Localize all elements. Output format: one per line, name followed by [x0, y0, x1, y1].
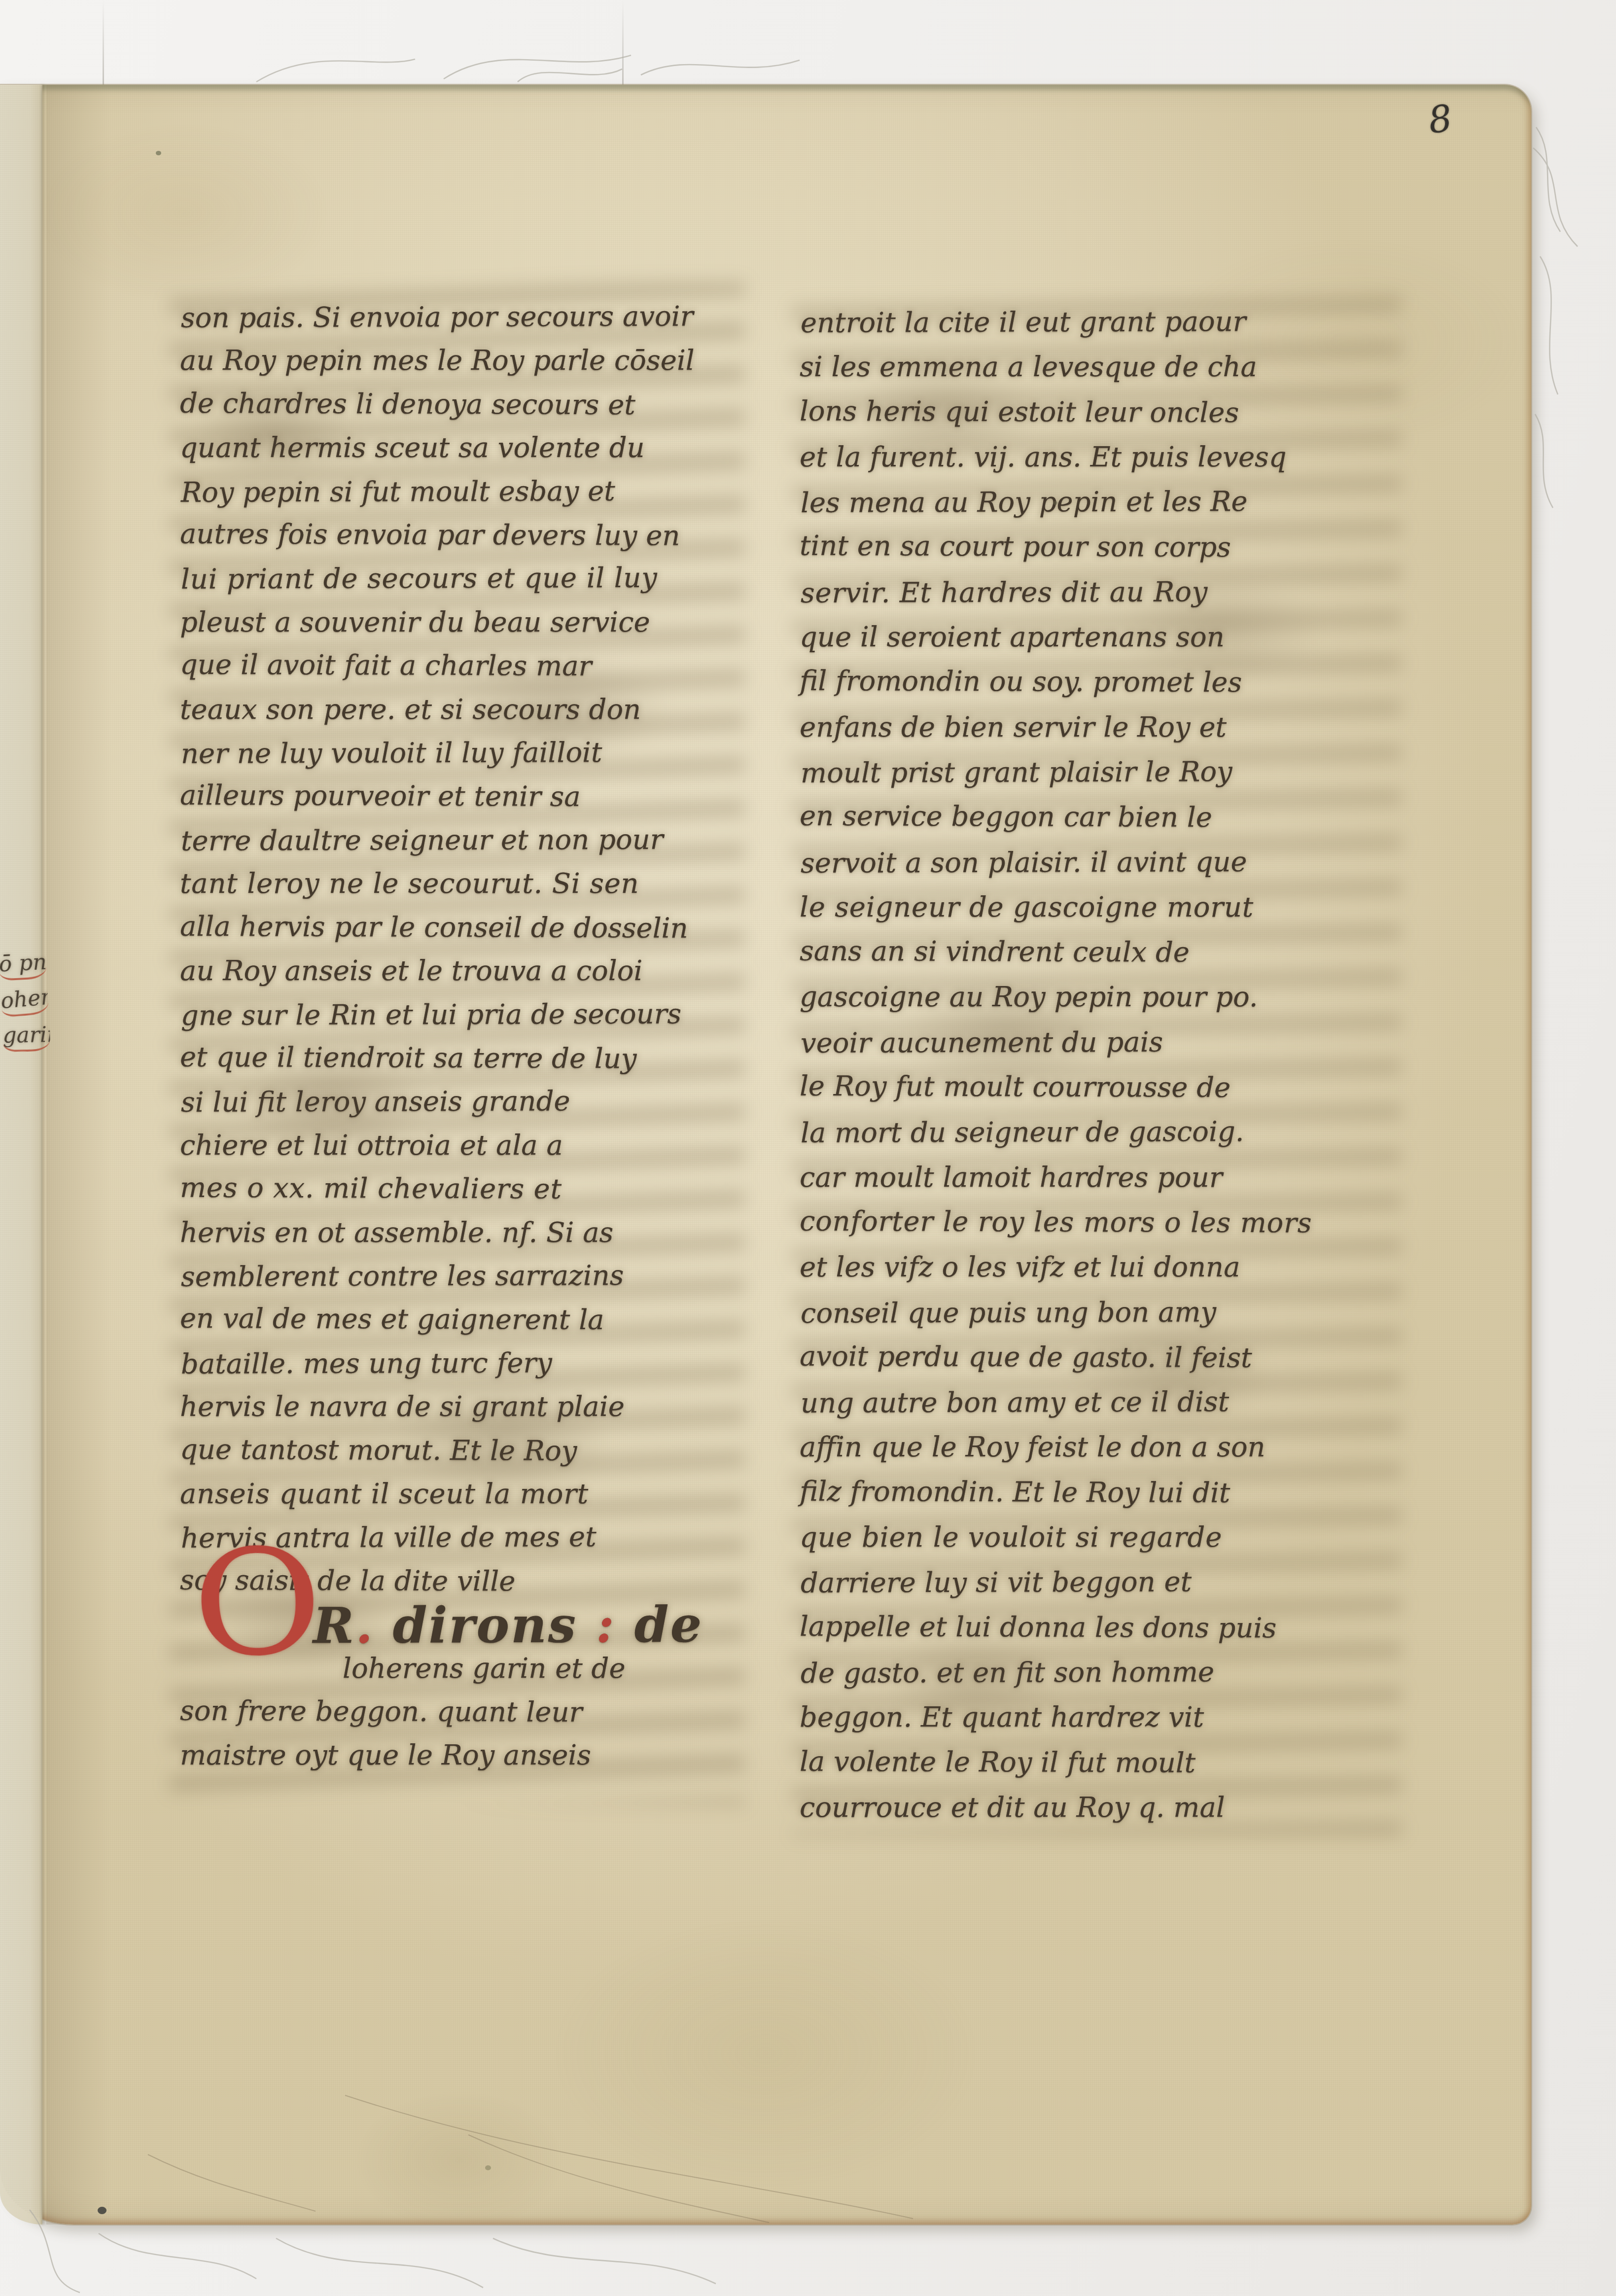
- text-line: terre daultre seigneur et non pour: [181, 818, 738, 863]
- text-line: que tantost morut. Et le Roy: [180, 1428, 737, 1474]
- text-line: semblerent contre les sarrazins: [181, 1254, 738, 1299]
- gutter-leaf-edge: [0, 85, 42, 2225]
- text-line: gne sur le Rin et lui pria de secours: [181, 992, 738, 1038]
- text-line: fil fromondin ou soy. promet les: [800, 659, 1399, 706]
- text-line: au Roy anseis et le trouva a coloi: [180, 950, 737, 993]
- text-line: lui priant de secours et que il luy: [181, 557, 738, 602]
- text-line: teaux son pere. et si secours don: [180, 688, 737, 732]
- text-line: veoir aucunement du pais: [801, 1019, 1400, 1066]
- text-line: hervis le navra de si grant plaie: [180, 1385, 737, 1429]
- fragment-line: ō pn: [0, 950, 47, 981]
- text-line: de gasto. et en fit son homme: [801, 1649, 1400, 1696]
- text-line: servoit a son plaisir. il avint que: [801, 839, 1400, 886]
- opening-text: de: [634, 1595, 703, 1654]
- text-line: son frere beggon. quant leur: [180, 1690, 737, 1735]
- gutter-crease: [41, 85, 46, 2225]
- text-line: en service beggon car bien le: [800, 794, 1399, 841]
- text-line: lappelle et lui donna les dons puis: [800, 1604, 1399, 1651]
- gutter-shading: [46, 85, 120, 2225]
- text-line: R. dirons : de: [313, 1603, 738, 1648]
- text-line: autres fois envoia par devers luy en: [180, 513, 737, 559]
- text-line: entroit la cite il eut grant paour: [801, 299, 1400, 346]
- text-line: tant leroy ne le secourut. Si sen: [180, 862, 737, 906]
- text-line: ner ne luy vouloit il luy failloit: [181, 731, 738, 776]
- text-line: car moult lamoit hardres pour: [800, 1155, 1399, 1200]
- text-line: que il seroient apartenans son: [800, 615, 1399, 660]
- text-line: maistre oyt que le Roy anseis: [180, 1734, 737, 1777]
- background-fold-line: [622, 0, 624, 87]
- text-line: Roy pepin si fut moult esbay et: [181, 469, 738, 515]
- text-line: moult prist grant plaisir le Roy: [801, 749, 1400, 796]
- text-line: bataille. mes ung turc fery: [181, 1341, 738, 1386]
- text-line: conseil que puis ung bon amy: [801, 1289, 1400, 1336]
- text-line: le Roy fut moult courrousse de: [800, 1064, 1399, 1111]
- text-line: servir. Et hardres dit au Roy: [801, 569, 1400, 616]
- scanner-background: son pais. Si envoia por secours avoirau …: [0, 0, 1616, 2296]
- rubric-mark: :: [577, 1595, 634, 1654]
- text-line: que bien le vouloit si regarde: [800, 1515, 1399, 1560]
- text-line: enfans de bien servir le Roy et: [800, 705, 1399, 750]
- text-line: gascoigne au Roy pepin pour po.: [800, 975, 1399, 1020]
- background-fold-line: [103, 0, 104, 87]
- text-line: et la furent. vij. ans. Et puis levesq: [800, 435, 1399, 480]
- text-line: alla hervis par le conseil de dosselin: [180, 905, 737, 951]
- text-line: si lui fit leroy anseis grande: [181, 1080, 738, 1125]
- text-line: au Roy pepin mes le Roy parle cōseil: [180, 339, 737, 383]
- illuminated-initial-o: O: [190, 1543, 321, 1669]
- text-line: beggon. Et quant hardrez vit: [800, 1695, 1399, 1740]
- text-line: avoit perdu que de gasto. il feist: [800, 1334, 1399, 1381]
- text-line: la mort du seigneur de gascoig.: [801, 1109, 1400, 1156]
- text-column-right: entroit la cite il eut grant paoursi les…: [800, 300, 1399, 1830]
- fragment-line: garin: [2, 1022, 50, 1052]
- text-line: les mena au Roy pepin et les Re: [801, 479, 1400, 526]
- ink-speck: [485, 2165, 491, 2170]
- text-line: tint en sa court pour son corps: [800, 524, 1399, 571]
- text-line: mes o xx. mil chevaliers et: [180, 1166, 737, 1212]
- ink-speck: [156, 151, 161, 155]
- text-line: filz fromondin. Et le Roy lui dit: [800, 1469, 1399, 1516]
- ink-speck: [1053, 501, 1057, 505]
- text-line: anseis quant il sceut la mort: [180, 1473, 737, 1516]
- text-line: pleust a souvenir du beau service: [180, 601, 737, 644]
- text-line: hervis en ot assemble. nf. Si as: [180, 1211, 737, 1255]
- text-line: la volente le Roy il fut moult: [800, 1739, 1399, 1786]
- text-line: conforter le roy les mors o les mors: [800, 1199, 1399, 1246]
- text-line: que il avoit fait a charles mar: [180, 643, 737, 689]
- gutter-text-fragment: ō pn ohen garin: [0, 950, 53, 1060]
- ink-speck: [98, 2207, 106, 2214]
- text-line: ung autre bon amy et ce il dist: [801, 1379, 1400, 1426]
- text-line: darriere luy si vit beggon et: [801, 1559, 1400, 1606]
- text-line: de chardres li denoya secours et: [180, 382, 737, 428]
- text-line: son pais. Si envoia por secours avoir: [181, 295, 738, 340]
- text-line: ailleurs pourveoir et tenir sa: [180, 774, 737, 820]
- text-line: courrouce et dit au Roy q. mal: [800, 1785, 1399, 1830]
- text-line: sans an si vindrent ceulx de: [800, 929, 1399, 976]
- text-line: chiere et lui ottroia et ala a: [180, 1124, 737, 1167]
- text-line: affin que le Roy feist le don a son: [800, 1425, 1399, 1470]
- text-line: et que il tiendroit sa terre de luy: [180, 1036, 737, 1082]
- opening-text: dirons: [393, 1596, 578, 1655]
- text-line: en val de mes et gaignerent la: [180, 1297, 737, 1343]
- text-line: quant hermis sceut sa volente du: [180, 426, 737, 470]
- text-line: et les vifz o les vifz et lui donna: [800, 1245, 1399, 1290]
- rubric-mark: .: [355, 1596, 393, 1655]
- text-line: le seigneur de gascoigne morut: [800, 885, 1399, 930]
- text-line: si les emmena a levesque de cha: [800, 345, 1399, 389]
- text-line: lons heris qui estoit leur oncles: [800, 389, 1399, 436]
- fragment-line: ohen: [0, 985, 49, 1018]
